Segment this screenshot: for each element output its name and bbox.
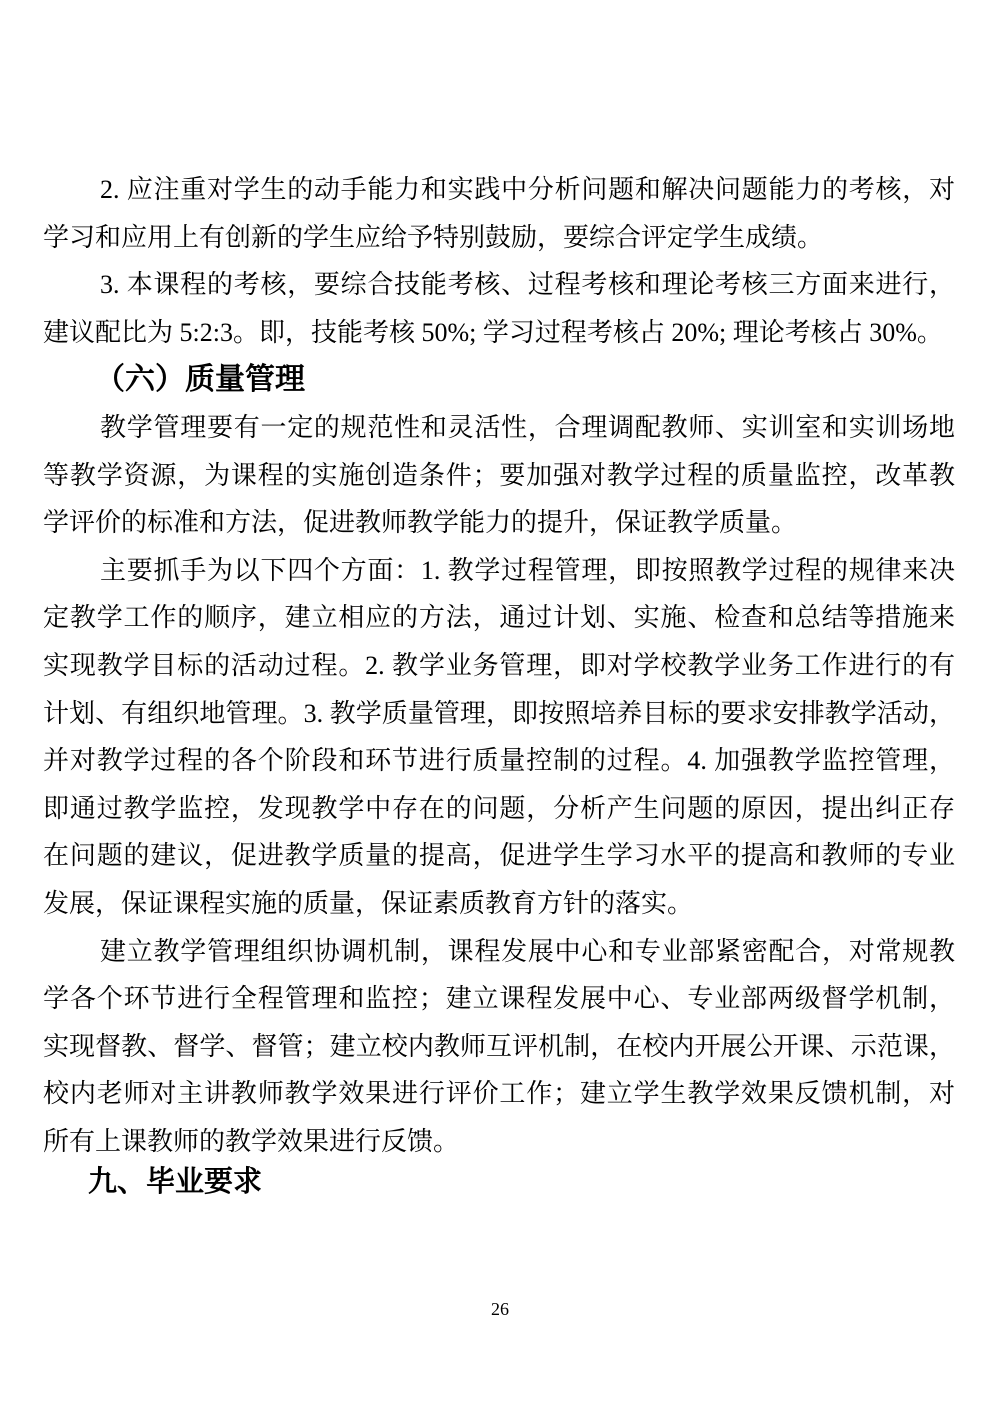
chapter-heading: 九、毕业要求	[43, 1159, 955, 1207]
body-line: 实现督教、督学、督管；建立校内教师互评机制，在校内开展公开课、示范课，	[43, 1023, 955, 1071]
body-line: 所有上课教师的教学效果进行反馈。	[43, 1118, 955, 1166]
page-number: 26	[0, 1296, 1000, 1322]
paragraph-assessment-ratio: 3. 本课程的考核，要综合技能考核、过程考核和理论考核三方面来进行， 建议配比为…	[43, 261, 955, 356]
body-line: 定教学工作的顺序，建立相应的方法，通过计划、实施、检查和总结等措施来	[43, 594, 955, 642]
body-line: 建议配比为 5:2:3。即，技能考核 50%; 学习过程考核占 20%; 理论考…	[43, 309, 955, 357]
body-line: 并对教学过程的各个阶段和环节进行质量控制的过程。4. 加强教学监控管理，	[43, 737, 955, 785]
body-line: 学各个环节进行全程管理和监控；建立课程发展中心、专业部两级督学机制，	[43, 975, 955, 1023]
body-line: 即通过教学监控，发现教学中存在的问题，分析产生问题的原因，提出纠正存	[43, 785, 955, 833]
document-page: { "page": { "background_color": "#ffffff…	[0, 0, 1000, 1414]
body-line: 等教学资源，为课程的实施创造条件；要加强对教学过程的质量监控，改革教	[43, 452, 955, 500]
paragraph-teaching-management: 教学管理要有一定的规范性和灵活性，合理调配教师、实训室和实训场地 等教学资源，为…	[43, 404, 955, 547]
section-heading: （六）质量管理	[43, 356, 955, 404]
paragraph-assessment-ability: 2. 应注重对学生的动手能力和实践中分析问题和解决问题能力的考核，对 学习和应用…	[43, 166, 955, 261]
body-line: 2. 应注重对学生的动手能力和实践中分析问题和解决问题能力的考核，对	[43, 166, 955, 214]
page-content: 2. 应注重对学生的动手能力和实践中分析问题和解决问题能力的考核，对 学习和应用…	[43, 166, 955, 1213]
body-line: 学评价的标准和方法，促进教师教学能力的提升，保证教学质量。	[43, 499, 955, 547]
body-line: 3. 本课程的考核，要综合技能考核、过程考核和理论考核三方面来进行，	[43, 261, 955, 309]
body-line: 学习和应用上有创新的学生应给予特别鼓励，要综合评定学生成绩。	[43, 214, 955, 262]
body-line: 发展，保证课程实施的质量，保证素质教育方针的落实。	[43, 880, 955, 928]
body-line: 在问题的建议，促进教学质量的提高，促进学生学习水平的提高和教师的专业	[43, 832, 955, 880]
body-line: 建立教学管理组织协调机制，课程发展中心和专业部紧密配合，对常规教	[43, 928, 955, 976]
paragraph-coordination-mechanism: 建立教学管理组织协调机制，课程发展中心和专业部紧密配合，对常规教 学各个环节进行…	[43, 928, 955, 1166]
body-line: 主要抓手为以下四个方面：1. 教学过程管理，即按照教学过程的规律来决	[43, 547, 955, 595]
heading-quality-management: （六）质量管理	[43, 356, 955, 404]
body-line: 教学管理要有一定的规范性和灵活性，合理调配教师、实训室和实训场地	[43, 404, 955, 452]
body-line: 实现教学目标的活动过程。2. 教学业务管理，即对学校教学业务工作进行的有	[43, 642, 955, 690]
body-line: 计划、有组织地管理。3. 教学质量管理，即按照培养目标的要求安排教学活动，	[43, 690, 955, 738]
body-line: 校内老师对主讲教师教学效果进行评价工作；建立学生教学效果反馈机制，对	[43, 1070, 955, 1118]
heading-graduation-requirements: 九、毕业要求	[43, 1165, 955, 1213]
paragraph-four-aspects: 主要抓手为以下四个方面：1. 教学过程管理，即按照教学过程的规律来决 定教学工作…	[43, 547, 955, 928]
page: 2. 应注重对学生的动手能力和实践中分析问题和解决问题能力的考核，对 学习和应用…	[0, 0, 1000, 1414]
